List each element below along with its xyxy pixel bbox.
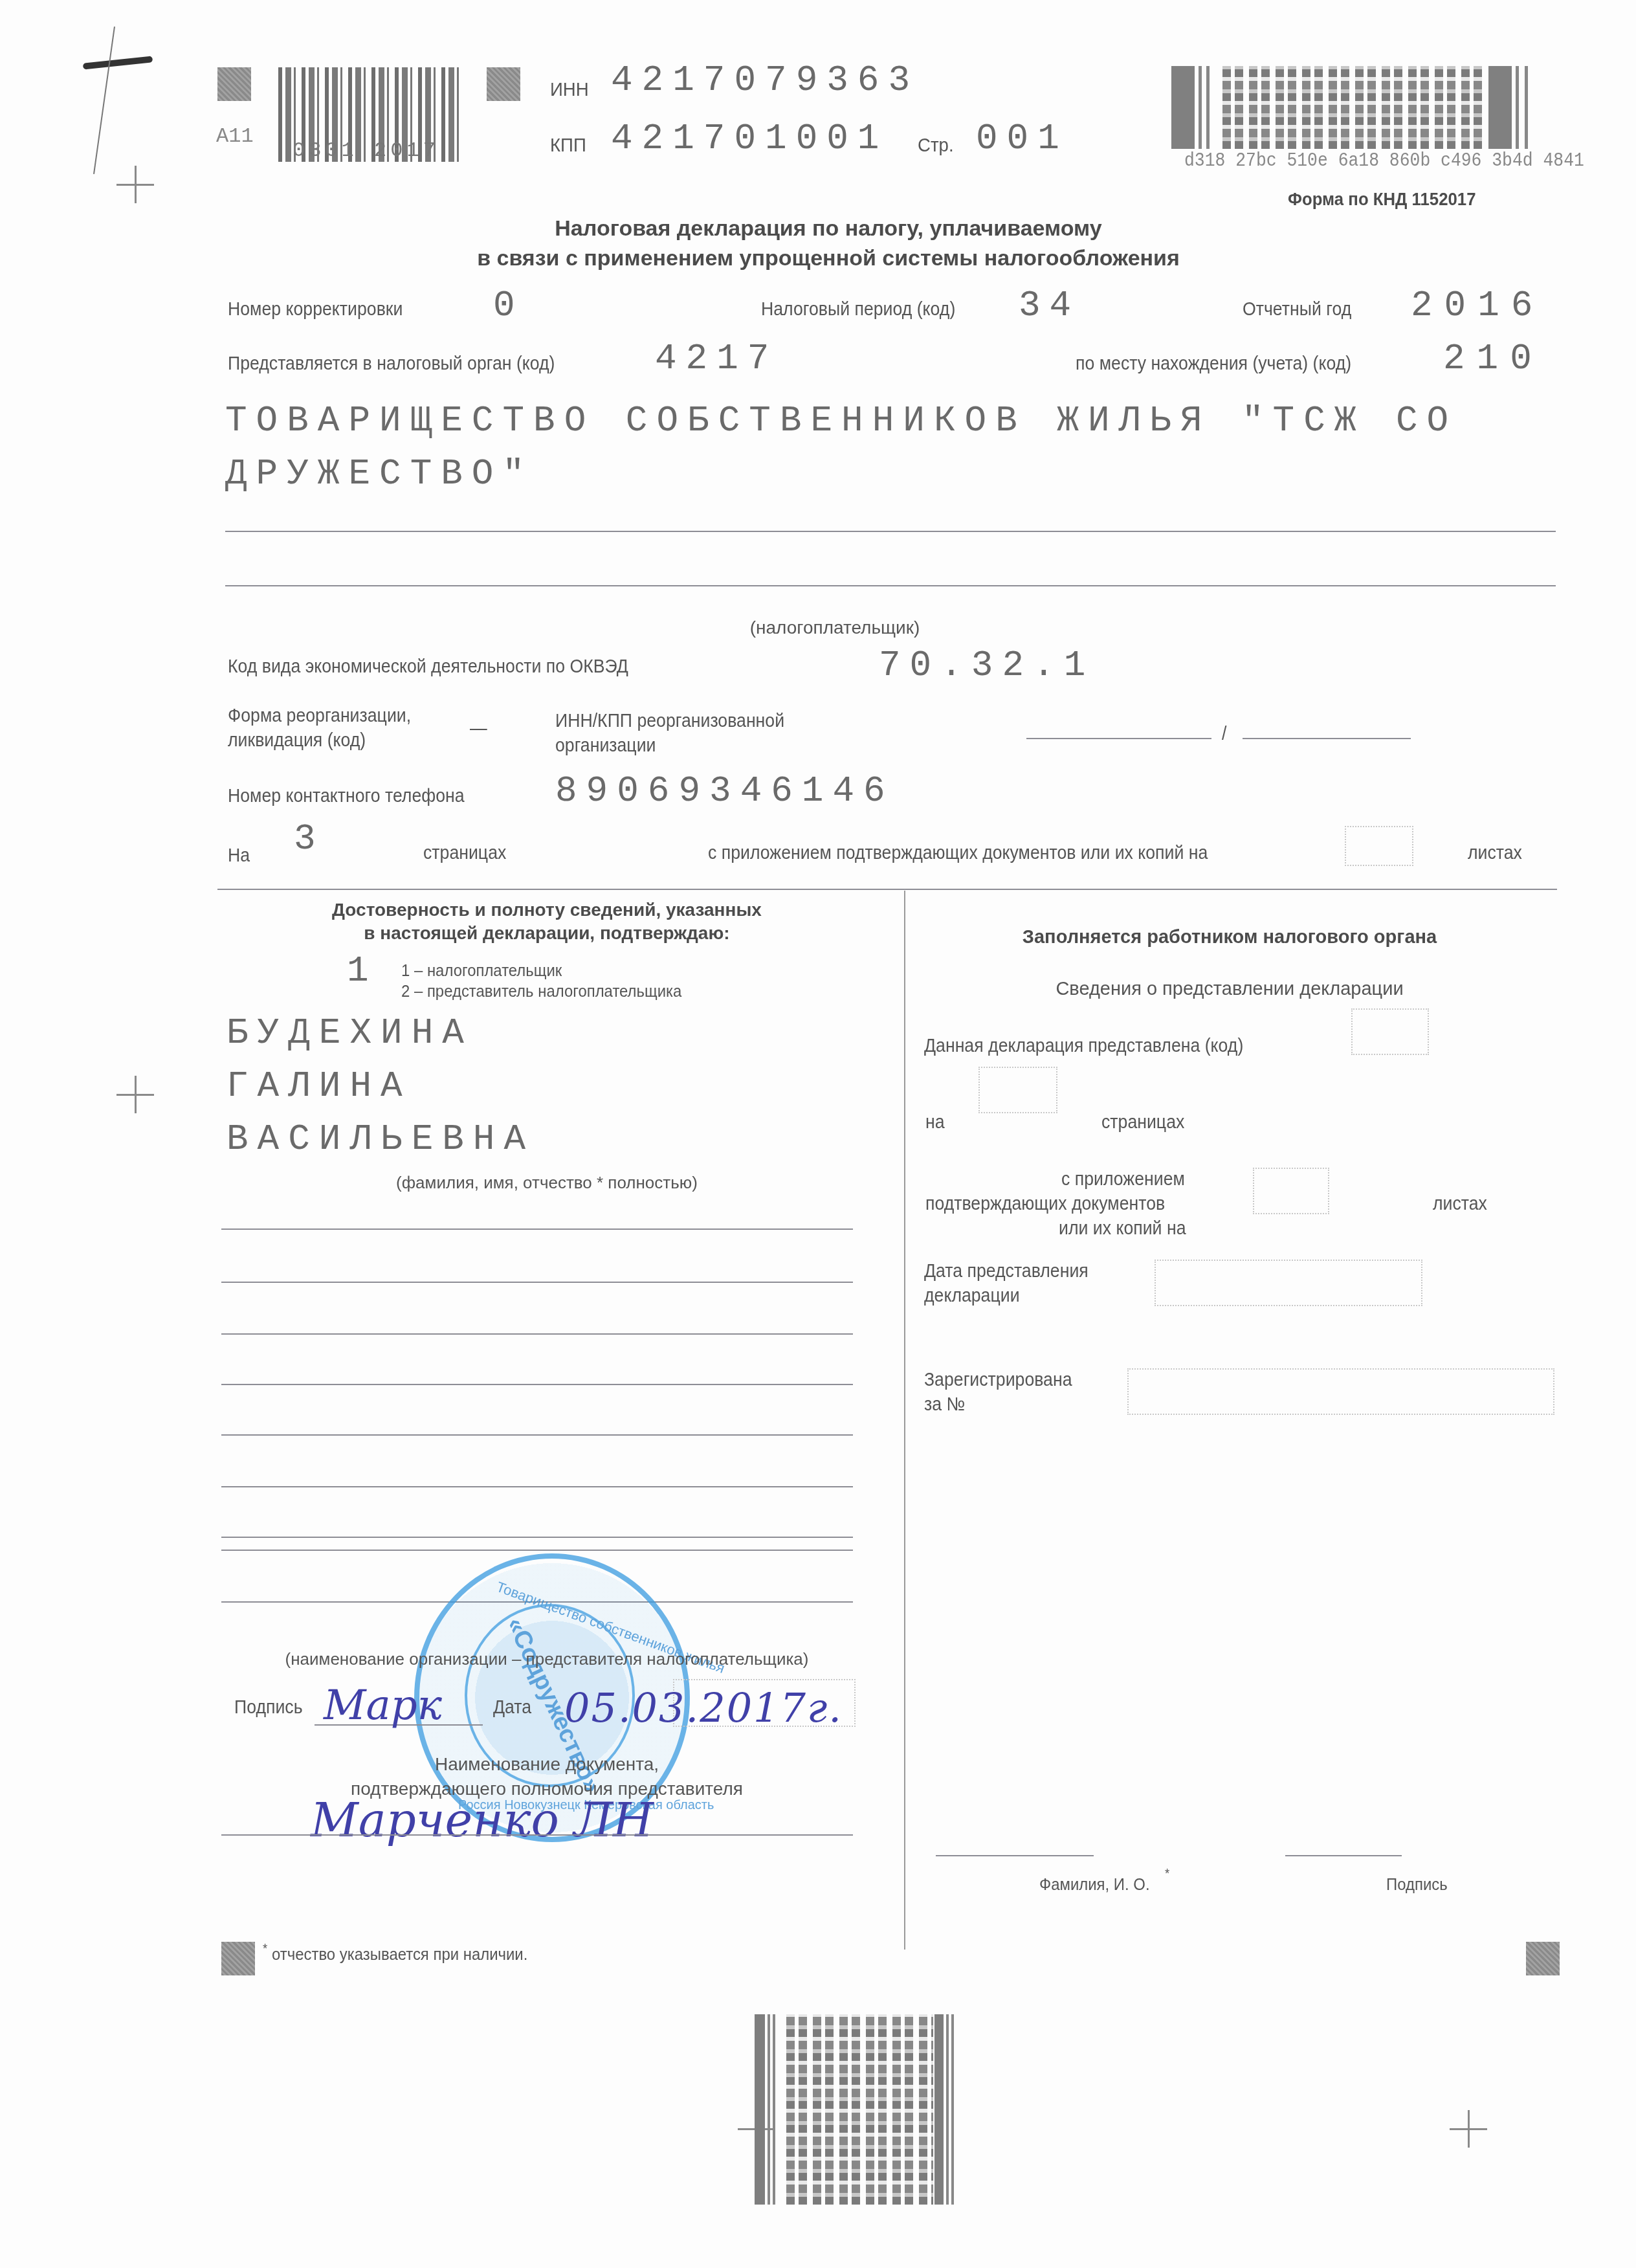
tax-office-subheading: Сведения о представлении декларации bbox=[906, 979, 1553, 1000]
doc-line[interactable] bbox=[221, 1834, 853, 1836]
document-title-line1: Налоговая декларация по налогу, уплачива… bbox=[214, 216, 1443, 241]
signer-first-name[interactable]: ГАЛИНА bbox=[227, 1065, 412, 1107]
phone-value[interactable]: 89069346146 bbox=[555, 770, 894, 812]
matrix-code-caption: d318 27bc 510e 6a18 860b c496 3b4d 4841 bbox=[1184, 150, 1584, 172]
rep-org-line bbox=[221, 1486, 853, 1487]
tax-authority-value[interactable]: 4217 bbox=[655, 338, 778, 379]
rep-org-line bbox=[221, 1228, 853, 1230]
tax-office-heading: Заполняется работником налогового органа bbox=[906, 927, 1553, 948]
tax-authority-label: Представляется в налоговый орган (код) bbox=[228, 353, 555, 375]
footnote: отчество указывается при наличии. bbox=[272, 1944, 527, 1964]
taxpayer-name-line bbox=[225, 585, 1556, 586]
footnote-asterisk: * bbox=[263, 1942, 267, 1957]
taxpayer-name-line bbox=[225, 531, 1556, 532]
taxpayer-caption: (налогоплательщик) bbox=[738, 617, 932, 638]
date-handwritten: 05.03.2017г. bbox=[564, 1684, 843, 1731]
matrix-barcode bbox=[1171, 66, 1540, 149]
rs-pages-field[interactable] bbox=[978, 1067, 1057, 1113]
rs-pages-prefix: на bbox=[925, 1112, 945, 1133]
tax-period-value[interactable]: 34 bbox=[1019, 285, 1080, 326]
page-label: Стр. bbox=[918, 135, 954, 157]
correction-value[interactable]: 0 bbox=[493, 285, 515, 326]
rs-attach-line2: подтверждающих документов bbox=[925, 1194, 1165, 1215]
signer-type-value[interactable]: 1 bbox=[347, 950, 369, 992]
rs-attach-line3: или их копий на bbox=[1059, 1218, 1186, 1240]
submitted-code-field[interactable] bbox=[1351, 1008, 1429, 1055]
column-divider bbox=[904, 891, 905, 1950]
rep-org-line bbox=[221, 1282, 853, 1283]
reorg-kpp-field[interactable] bbox=[1243, 738, 1411, 739]
pen-stroke bbox=[93, 27, 115, 174]
okved-label: Код вида экономической деятельности по О… bbox=[228, 656, 628, 678]
inn-label: ИНН bbox=[550, 79, 589, 101]
reorg-inn-label-line2: организации bbox=[555, 735, 656, 757]
registration-cross-icon bbox=[116, 1076, 154, 1113]
pen-mark bbox=[83, 56, 153, 69]
confirm-heading-line1: Достоверность и полноту сведений, указан… bbox=[220, 900, 874, 920]
fio-line[interactable] bbox=[936, 1855, 1094, 1856]
tax-officer-signature-caption: Подпись bbox=[1386, 1874, 1448, 1895]
rs-pages-suffix: страницах bbox=[1101, 1112, 1184, 1133]
fio-caption: Фамилия, И. О. bbox=[1039, 1874, 1150, 1895]
rep-org-line bbox=[221, 1333, 853, 1335]
reorg-separator: / bbox=[1222, 724, 1226, 745]
location-code-value[interactable]: 210 bbox=[1443, 338, 1543, 379]
rs-date-label-line1: Дата представления bbox=[924, 1261, 1089, 1282]
report-year-label: Отчетный год bbox=[1243, 299, 1351, 320]
okved-value[interactable]: 70.32.1 bbox=[879, 645, 1094, 686]
registration-cross-icon bbox=[1450, 2110, 1487, 2148]
reorg-inn-field[interactable] bbox=[1026, 738, 1211, 739]
rep-org-line bbox=[221, 1384, 853, 1385]
signer-patronymic[interactable]: ВАСИЛЬЕВНА bbox=[227, 1118, 535, 1160]
tax-period-label: Налоговый период (код) bbox=[761, 299, 955, 320]
page-value: 001 bbox=[976, 118, 1068, 159]
corner-marker bbox=[487, 67, 520, 101]
tax-officer-signature-line[interactable] bbox=[1285, 1855, 1402, 1856]
rep-org-line bbox=[221, 1434, 853, 1436]
form-variant: A11 bbox=[216, 124, 254, 148]
corner-marker bbox=[1526, 1942, 1560, 1975]
rep-org-line bbox=[221, 1550, 853, 1551]
reorg-value[interactable]: — bbox=[470, 718, 487, 740]
barcode-caption: 0301 2017 bbox=[293, 139, 439, 162]
registration-cross-icon bbox=[116, 166, 154, 203]
taxpayer-name-line2[interactable]: ДРУЖЕСТВО" bbox=[225, 453, 533, 495]
registered-label-line1: Зарегистрирована bbox=[924, 1370, 1072, 1391]
pages-suffix: страницах bbox=[423, 843, 506, 864]
rep-org-line bbox=[221, 1537, 853, 1538]
signature-handwritten: Марк bbox=[324, 1682, 442, 1729]
reorg-label-line1: Форма реорганизации, bbox=[228, 706, 411, 727]
inn-value: 4217079363 bbox=[611, 60, 919, 101]
pages-value[interactable]: 3 bbox=[294, 818, 316, 860]
phone-label: Номер контактного телефона bbox=[228, 786, 465, 807]
name-caption: (фамилия, имя, отчество * полностью) bbox=[220, 1173, 874, 1193]
document-title-line2: в связи с применением упрощенной системы… bbox=[214, 246, 1443, 271]
form-code: Форма по КНД 1152017 bbox=[1288, 189, 1476, 210]
report-year-value[interactable]: 2016 bbox=[1411, 285, 1544, 326]
attachments-label: с приложением подтверждающих документов … bbox=[708, 843, 1208, 864]
registration-number-field[interactable] bbox=[1127, 1368, 1554, 1415]
signer-option-2: 2 – представитель налогоплательщика bbox=[401, 981, 681, 1001]
confirm-heading-line2: в настоящей декларации, подтверждаю: bbox=[220, 923, 874, 944]
kpp-value: 421701001 bbox=[611, 118, 888, 159]
kpp-label: КПП bbox=[550, 135, 586, 157]
signature-label: Подпись bbox=[234, 1697, 303, 1718]
rs-attach-field[interactable] bbox=[1253, 1168, 1329, 1214]
rep-org-caption: (наименование организации – представител… bbox=[220, 1649, 874, 1669]
doc-caption-line1: Наименование документа, bbox=[220, 1754, 874, 1775]
registered-label-line2: за № bbox=[924, 1394, 965, 1416]
attachments-suffix: листах bbox=[1468, 843, 1522, 864]
reorg-label-line2: ликвидация (код) bbox=[228, 730, 366, 751]
date-label: Дата bbox=[493, 1697, 531, 1718]
location-code-label: по месту нахождения (учета) (код) bbox=[1076, 353, 1351, 375]
submitted-code-label: Данная декларация представлена (код) bbox=[924, 1036, 1243, 1057]
rs-date-field[interactable] bbox=[1155, 1260, 1422, 1306]
corner-marker bbox=[217, 67, 251, 101]
rs-attach-line1: с приложением bbox=[1061, 1169, 1185, 1190]
correction-label: Номер корректировки bbox=[228, 299, 403, 320]
rs-attach-suffix: листах bbox=[1433, 1194, 1487, 1215]
rs-date-label-line2: декларации bbox=[924, 1285, 1020, 1307]
signer-surname[interactable]: БУДЕХИНА bbox=[227, 1012, 473, 1054]
signer-option-1: 1 – налогоплательщик bbox=[401, 961, 562, 981]
attachments-sheets-field[interactable] bbox=[1345, 826, 1413, 866]
corner-marker bbox=[221, 1942, 255, 1975]
pages-prefix: На bbox=[228, 845, 250, 867]
doc-handwritten: Марченко ЛН bbox=[311, 1793, 654, 1847]
taxpayer-name-line1[interactable]: ТОВАРИЩЕСТВО СОБСТВЕННИКОВ ЖИЛЬЯ "ТСЖ СО bbox=[225, 400, 1457, 441]
fio-asterisk: * bbox=[1165, 1867, 1169, 1882]
bottom-matrix-barcode bbox=[755, 2014, 956, 2205]
reorg-inn-label-line1: ИНН/КПП реорганизованной bbox=[555, 711, 784, 732]
section-divider bbox=[217, 889, 1557, 890]
